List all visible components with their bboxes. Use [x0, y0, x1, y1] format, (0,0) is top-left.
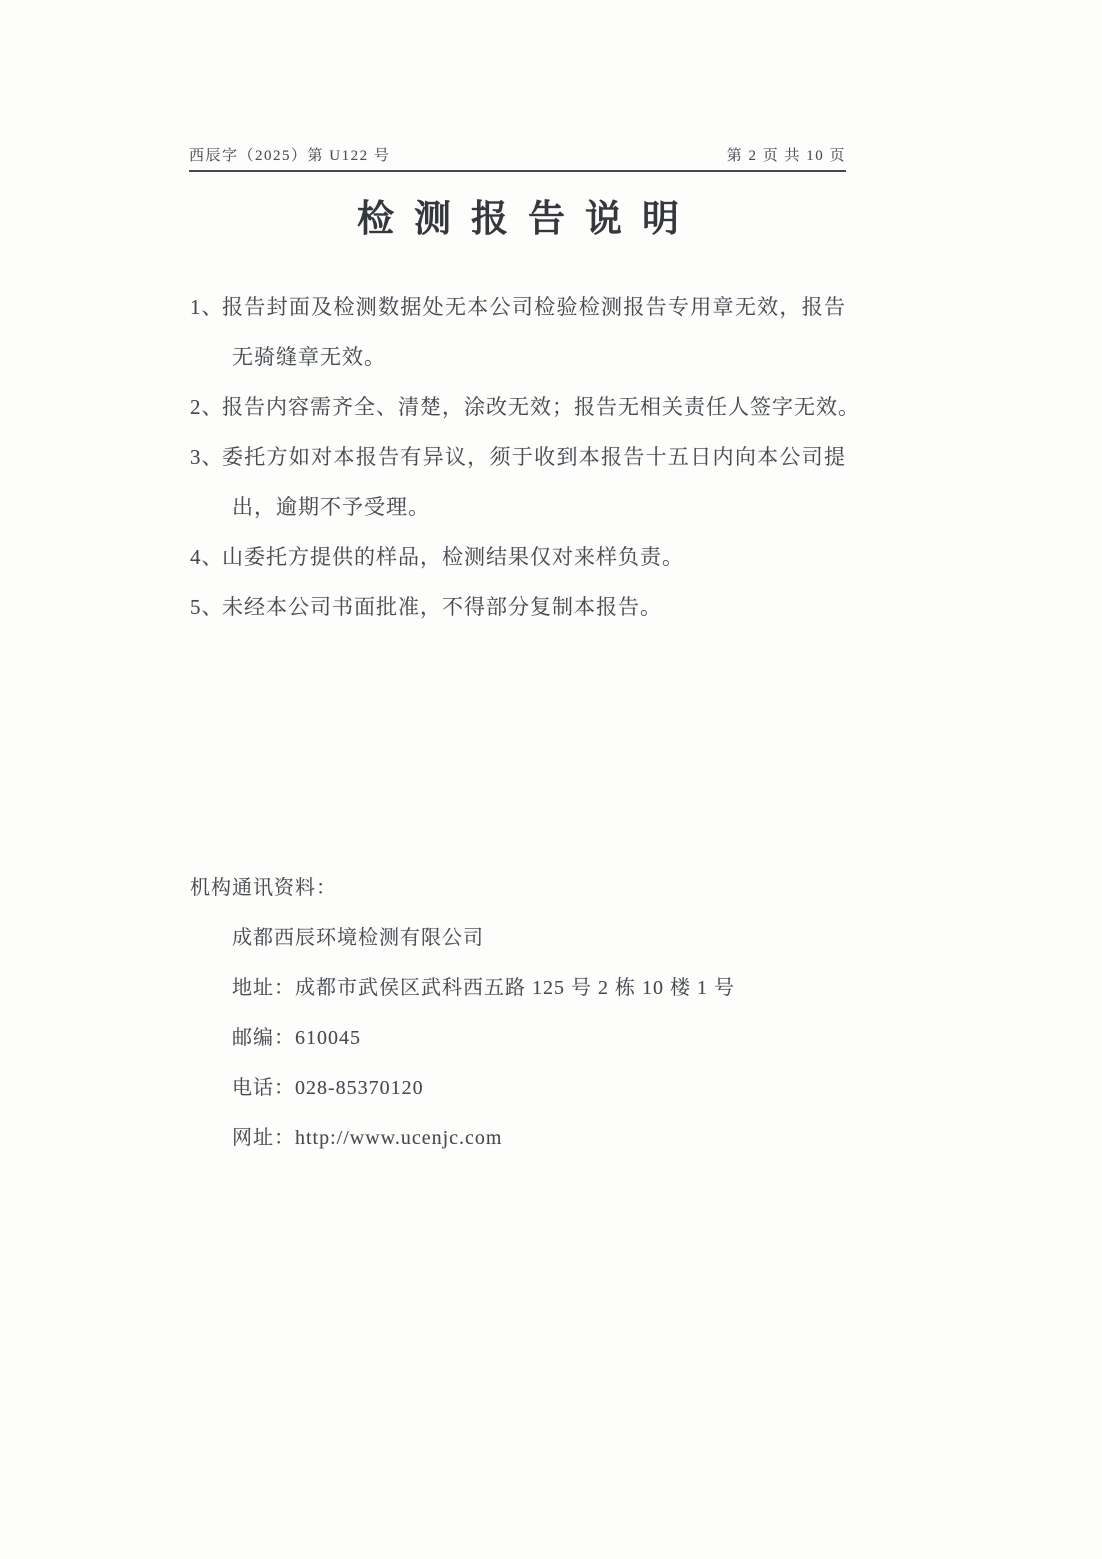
postcode-label: 邮编： [232, 1027, 295, 1049]
note-number: 2、 [190, 391, 222, 423]
note-item-5: 5、未经本公司书面批准，不得部分复制本报告。 [190, 591, 850, 641]
website-label: 网址： [232, 1127, 295, 1149]
contact-block: 机构通讯资料： 成都西辰环境检测有限公司 地址：成都市武侯区武科西五路 125 … [190, 872, 850, 1172]
address-label: 地址： [232, 977, 295, 999]
note-text: 委托方如对本报告有异议，须于收到本报告十五日内向本公司提 [222, 441, 846, 473]
note-item-3: 3、委托方如对本报告有异议，须于收到本报告十五日内向本公司提 [190, 441, 850, 491]
page-indicator: 第 2 页 共 10 页 [727, 144, 846, 165]
phone-line: 电话：028-85370120 [190, 1072, 850, 1122]
note-text: 未经本公司书面批准，不得部分复制本报告。 [222, 595, 662, 619]
phone-value: 028-85370120 [295, 1077, 424, 1099]
website-line: 网址：http://www.ucenjc.com [190, 1122, 850, 1172]
note-item-1: 1、报告封面及检测数据处无本公司检验检测报告专用章无效，报告 [190, 291, 850, 341]
note-text: 无骑缝章无效。 [232, 345, 386, 369]
address-line: 地址：成都市武侯区武科西五路 125 号 2 栋 10 楼 1 号 [190, 972, 850, 1022]
note-text: 出，逾期不予受理。 [232, 495, 430, 519]
note-number: 5、 [190, 591, 222, 623]
note-item-4: 4、山委托方提供的样品，检测结果仅对来样负责。 [190, 541, 850, 591]
note-number: 1、 [190, 291, 222, 323]
page-header: 西辰字（2025）第 U122 号 第 2 页 共 10 页 [189, 144, 846, 172]
address-value: 成都市武侯区武科西五路 125 号 2 栋 10 楼 1 号 [295, 977, 735, 999]
report-number: 西辰字（2025）第 U122 号 [189, 144, 390, 165]
website-value: http://www.ucenjc.com [295, 1127, 502, 1149]
note-number: 4、 [190, 541, 222, 573]
note-item-3-continuation: 出，逾期不予受理。 [190, 491, 850, 541]
postcode-line: 邮编：610045 [190, 1022, 850, 1072]
phone-label: 电话： [232, 1077, 295, 1099]
note-item-2: 2、报告内容需齐全、清楚，涂改无效；报告无相关责任人签字无效。 [190, 391, 850, 441]
note-text: 山委托方提供的样品，检测结果仅对来样负责。 [222, 545, 684, 569]
postcode-value: 610045 [295, 1027, 361, 1049]
note-text: 报告封面及检测数据处无本公司检验检测报告专用章无效，报告 [222, 291, 846, 323]
contact-heading: 机构通讯资料： [190, 872, 850, 922]
scanned-report-page: 西辰字（2025）第 U122 号 第 2 页 共 10 页 检测报告说明 1、… [0, 0, 1102, 1559]
company-name: 成都西辰环境检测有限公司 [190, 922, 850, 972]
page-title: 检测报告说明 [190, 188, 846, 242]
note-number: 3、 [190, 441, 222, 473]
note-text: 报告内容需齐全、清楚，涂改无效；报告无相关责任人签字无效。 [222, 395, 860, 419]
note-item-1-continuation: 无骑缝章无效。 [190, 341, 850, 391]
notes-list: 1、报告封面及检测数据处无本公司检验检测报告专用章无效，报告 无骑缝章无效。 2… [190, 291, 850, 641]
